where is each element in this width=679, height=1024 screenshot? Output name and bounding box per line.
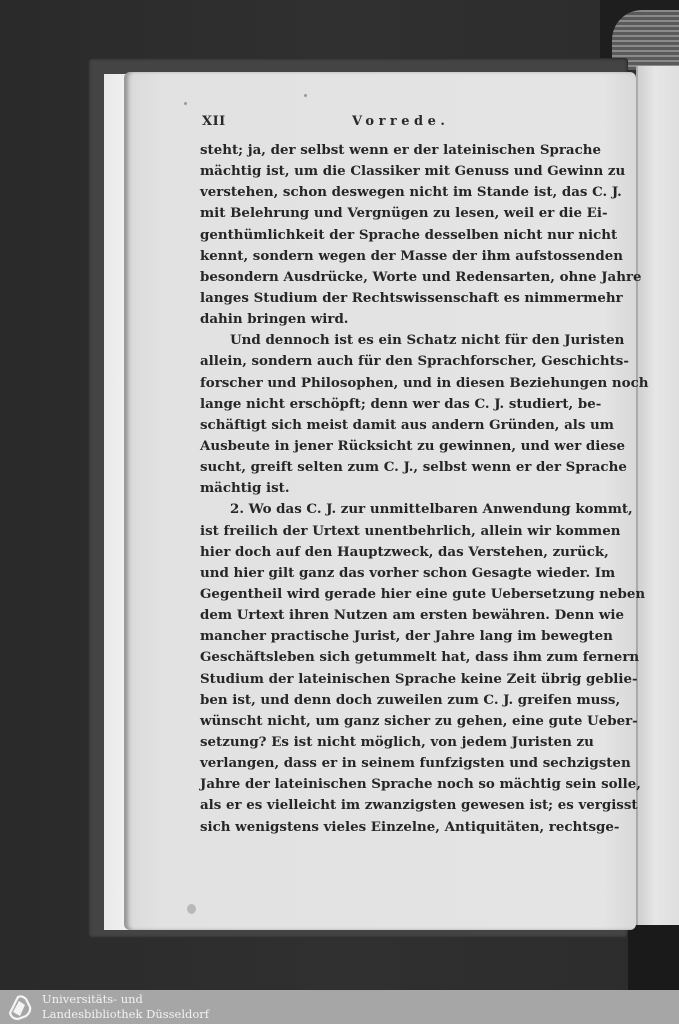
text-line: dem Urtext ihren Nutzen am ersten bewähr… <box>200 605 588 626</box>
text-line: setzung? Es ist nicht möglich, von jedem… <box>200 732 588 753</box>
body-text: steht; ja, der selbst wenn er der latein… <box>200 140 588 838</box>
library-name: Universitäts- und Landesbibliothek Düsse… <box>42 992 209 1021</box>
text-line: mächtig ist. <box>200 478 588 499</box>
text-line: forscher und Philosophen, und in diesen … <box>200 373 588 394</box>
paper-speck <box>184 102 187 105</box>
text-line: Geschäftsleben sich getummelt hat, dass … <box>200 647 588 668</box>
library-banner: Universitäts- und Landesbibliothek Düsse… <box>0 990 679 1024</box>
text-line: mit Belehrung und Vergnügen zu lesen, we… <box>200 203 588 224</box>
text-line: ben ist, und denn doch zuweilen zum C. J… <box>200 690 588 711</box>
text-line: kennt, sondern wegen der Masse der ihm a… <box>200 246 588 267</box>
library-name-line2: Landesbibliothek Düsseldorf <box>42 1007 209 1022</box>
text-line: genthümlichkeit der Sprache desselben ni… <box>200 225 588 246</box>
text-line: allein, sondern auch für den Sprachforsc… <box>200 351 588 372</box>
text-line: verstehen, schon deswegen nicht im Stand… <box>200 182 588 203</box>
text-line: verlangen, dass er in seinem funfzigsten… <box>200 753 588 774</box>
text-line: mächtig ist, um die Classiker mit Genuss… <box>200 161 588 182</box>
page-number: XII <box>202 114 226 129</box>
text-line: mancher practische Jurist, der Jahre lan… <box>200 626 588 647</box>
scan-corner-shadow-bottom <box>628 925 679 990</box>
text-line: schäftigt sich meist damit aus andern Gr… <box>200 415 588 436</box>
text-line: und hier gilt ganz das vorher schon Gesa… <box>200 563 588 584</box>
text-line: Und dennoch ist es ein Schatz nicht für … <box>200 330 588 351</box>
text-line: dahin bringen wird. <box>200 309 588 330</box>
text-line: sich wenigstens vieles Einzelne, Antiqui… <box>200 817 588 838</box>
text-line: lange nicht erschöpft; denn wer das C. J… <box>200 394 588 415</box>
text-line: Gegentheil wird gerade hier eine gute Ue… <box>200 584 588 605</box>
book-logo-icon <box>4 993 34 1021</box>
running-title: Vorrede. <box>352 114 449 129</box>
text-line: hier doch auf den Hauptzweck, das Verste… <box>200 542 588 563</box>
facing-page-edge <box>636 66 679 926</box>
text-line: besondern Ausdrücke, Worte und Redensart… <box>200 267 588 288</box>
page-header: XII Vorrede. <box>200 114 586 134</box>
text-line: Studium der lateinischen Sprache keine Z… <box>200 669 588 690</box>
paper-stain <box>187 904 196 914</box>
library-name-line1: Universitäts- und <box>42 992 209 1007</box>
text-line: steht; ja, der selbst wenn er der latein… <box>200 140 588 161</box>
text-line: 2. Wo das C. J. zur unmittelbaren Anwend… <box>200 499 588 520</box>
text-line: langes Studium der Rechtswissenschaft es… <box>200 288 588 309</box>
text-line: wünscht nicht, um ganz sicher zu gehen, … <box>200 711 588 732</box>
text-line: Ausbeute in jener Rücksicht zu gewinnen,… <box>200 436 588 457</box>
text-line: ist freilich der Urtext unentbehrlich, a… <box>200 521 588 542</box>
text-line: sucht, greift selten zum C. J., selbst w… <box>200 457 588 478</box>
text-line: als er es vielleicht im zwanzigsten gewe… <box>200 795 588 816</box>
text-line: Jahre der lateinischen Sprache noch so m… <box>200 774 588 795</box>
paper-speck <box>304 94 307 97</box>
